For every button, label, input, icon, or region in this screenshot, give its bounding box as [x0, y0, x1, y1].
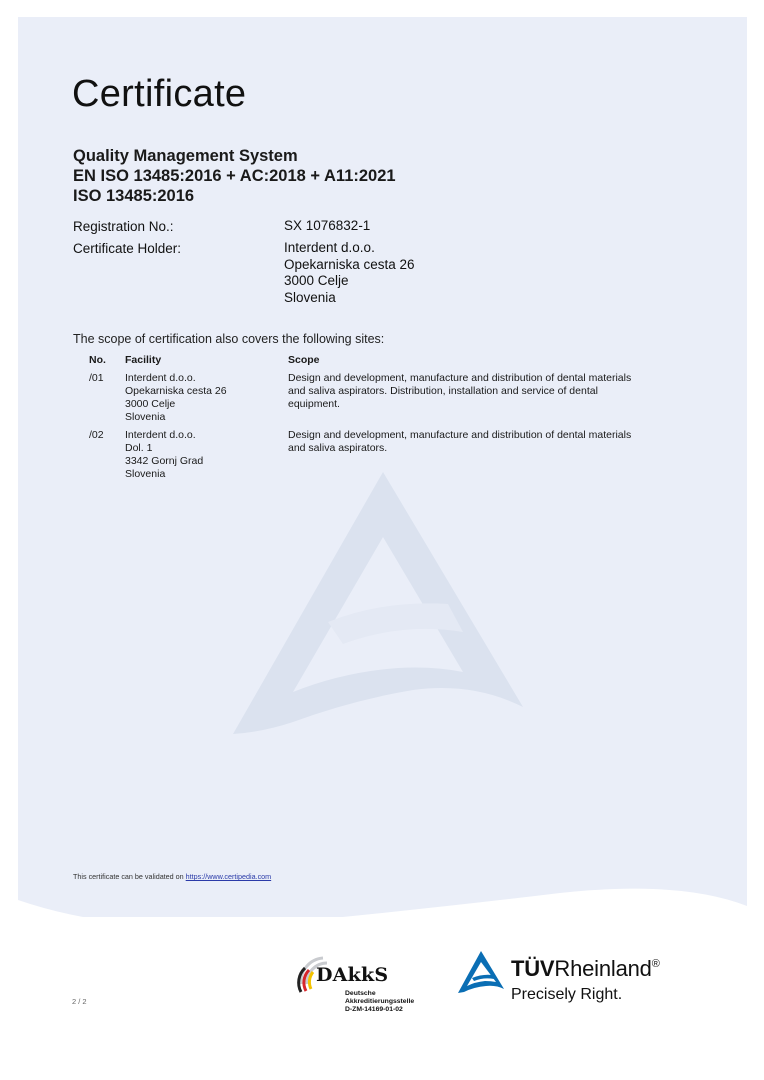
page-number: 2 / 2 [72, 997, 87, 1006]
scope-line: and saliva aspirators. Distribution, ins… [288, 385, 631, 398]
holder-line: Interdent d.o.o. [284, 240, 415, 257]
facility-line: Slovenia [125, 468, 203, 481]
site-facility: Interdent d.o.o. Dol. 1 3342 Gornj Grad … [125, 429, 203, 481]
site-number: /01 [89, 372, 104, 385]
header-facility: Facility [125, 354, 161, 367]
certificate-title: Certificate [72, 70, 246, 118]
validation-note: This certificate can be validated on htt… [73, 872, 271, 881]
dakks-subtitle: Deutsche Akkreditierungsstelle D-ZM-1416… [345, 990, 414, 1014]
header-scope: Scope [288, 354, 320, 367]
certipedia-link[interactable]: https://www.certipedia.com [186, 872, 271, 881]
tuv-rheinland-logo: TÜVRheinland® Precisely Right. [456, 948, 686, 1010]
site-number: /02 [89, 429, 104, 442]
facility-line: Interdent d.o.o. [125, 372, 227, 385]
holder-address: Interdent d.o.o. Opekarniska cesta 26 30… [284, 240, 415, 306]
tuv-triangle-icon [458, 951, 504, 993]
registration-value: SX 1076832-1 [284, 218, 370, 235]
tuv-slogan: Precisely Right. [511, 986, 622, 1004]
facility-line: Opekarniska cesta 26 [125, 385, 227, 398]
holder-label: Certificate Holder: [73, 240, 181, 257]
dakks-subtitle-line: Deutsche [345, 990, 414, 998]
scope-line: Design and development, manufacture and … [288, 429, 631, 442]
dakks-accreditation-number: D-ZM-14169-01-02 [345, 1006, 414, 1014]
tuv-watermark-icon [233, 472, 523, 737]
scope-line: Design and development, manufacture and … [288, 372, 631, 385]
facility-line: Slovenia [125, 411, 227, 424]
site-scope: Design and development, manufacture and … [288, 429, 631, 455]
registered-mark: ® [652, 958, 660, 970]
holder-line: 3000 Celje [284, 273, 415, 290]
facility-line: Dol. 1 [125, 442, 203, 455]
scope-intro-text: The scope of certification also covers t… [73, 331, 384, 347]
holder-line: Slovenia [284, 290, 415, 307]
dakks-logo: DAkkS Deutsche Akkreditierungsstelle D-Z… [293, 954, 423, 1016]
header-no: No. [89, 354, 106, 367]
tuv-wordmark: TÜVRheinland® [511, 956, 660, 982]
registration-label: Registration No.: [73, 218, 174, 235]
tuv-name-regular: Rheinland [554, 956, 651, 981]
standard-line-system: Quality Management System [73, 146, 396, 166]
dakks-wordmark: DAkkS [316, 964, 388, 986]
site-facility: Interdent d.o.o. Opekarniska cesta 26 30… [125, 372, 227, 424]
tuv-name-bold: TÜV [511, 956, 554, 981]
dakks-subtitle-line: Akkreditierungsstelle [345, 998, 414, 1006]
scope-line: equipment. [288, 398, 631, 411]
facility-line: Interdent d.o.o. [125, 429, 203, 442]
holder-line: Opekarniska cesta 26 [284, 257, 415, 274]
validation-text: This certificate can be validated on [73, 872, 186, 881]
scope-line: and saliva aspirators. [288, 442, 631, 455]
facility-line: 3342 Gornj Grad [125, 455, 203, 468]
standard-line-en-iso: EN ISO 13485:2016 + AC:2018 + A11:2021 [73, 166, 396, 186]
standard-line-iso: ISO 13485:2016 [73, 186, 396, 206]
standards-block: Quality Management System EN ISO 13485:2… [73, 146, 396, 206]
facility-line: 3000 Celje [125, 398, 227, 411]
site-scope: Design and development, manufacture and … [288, 372, 631, 411]
